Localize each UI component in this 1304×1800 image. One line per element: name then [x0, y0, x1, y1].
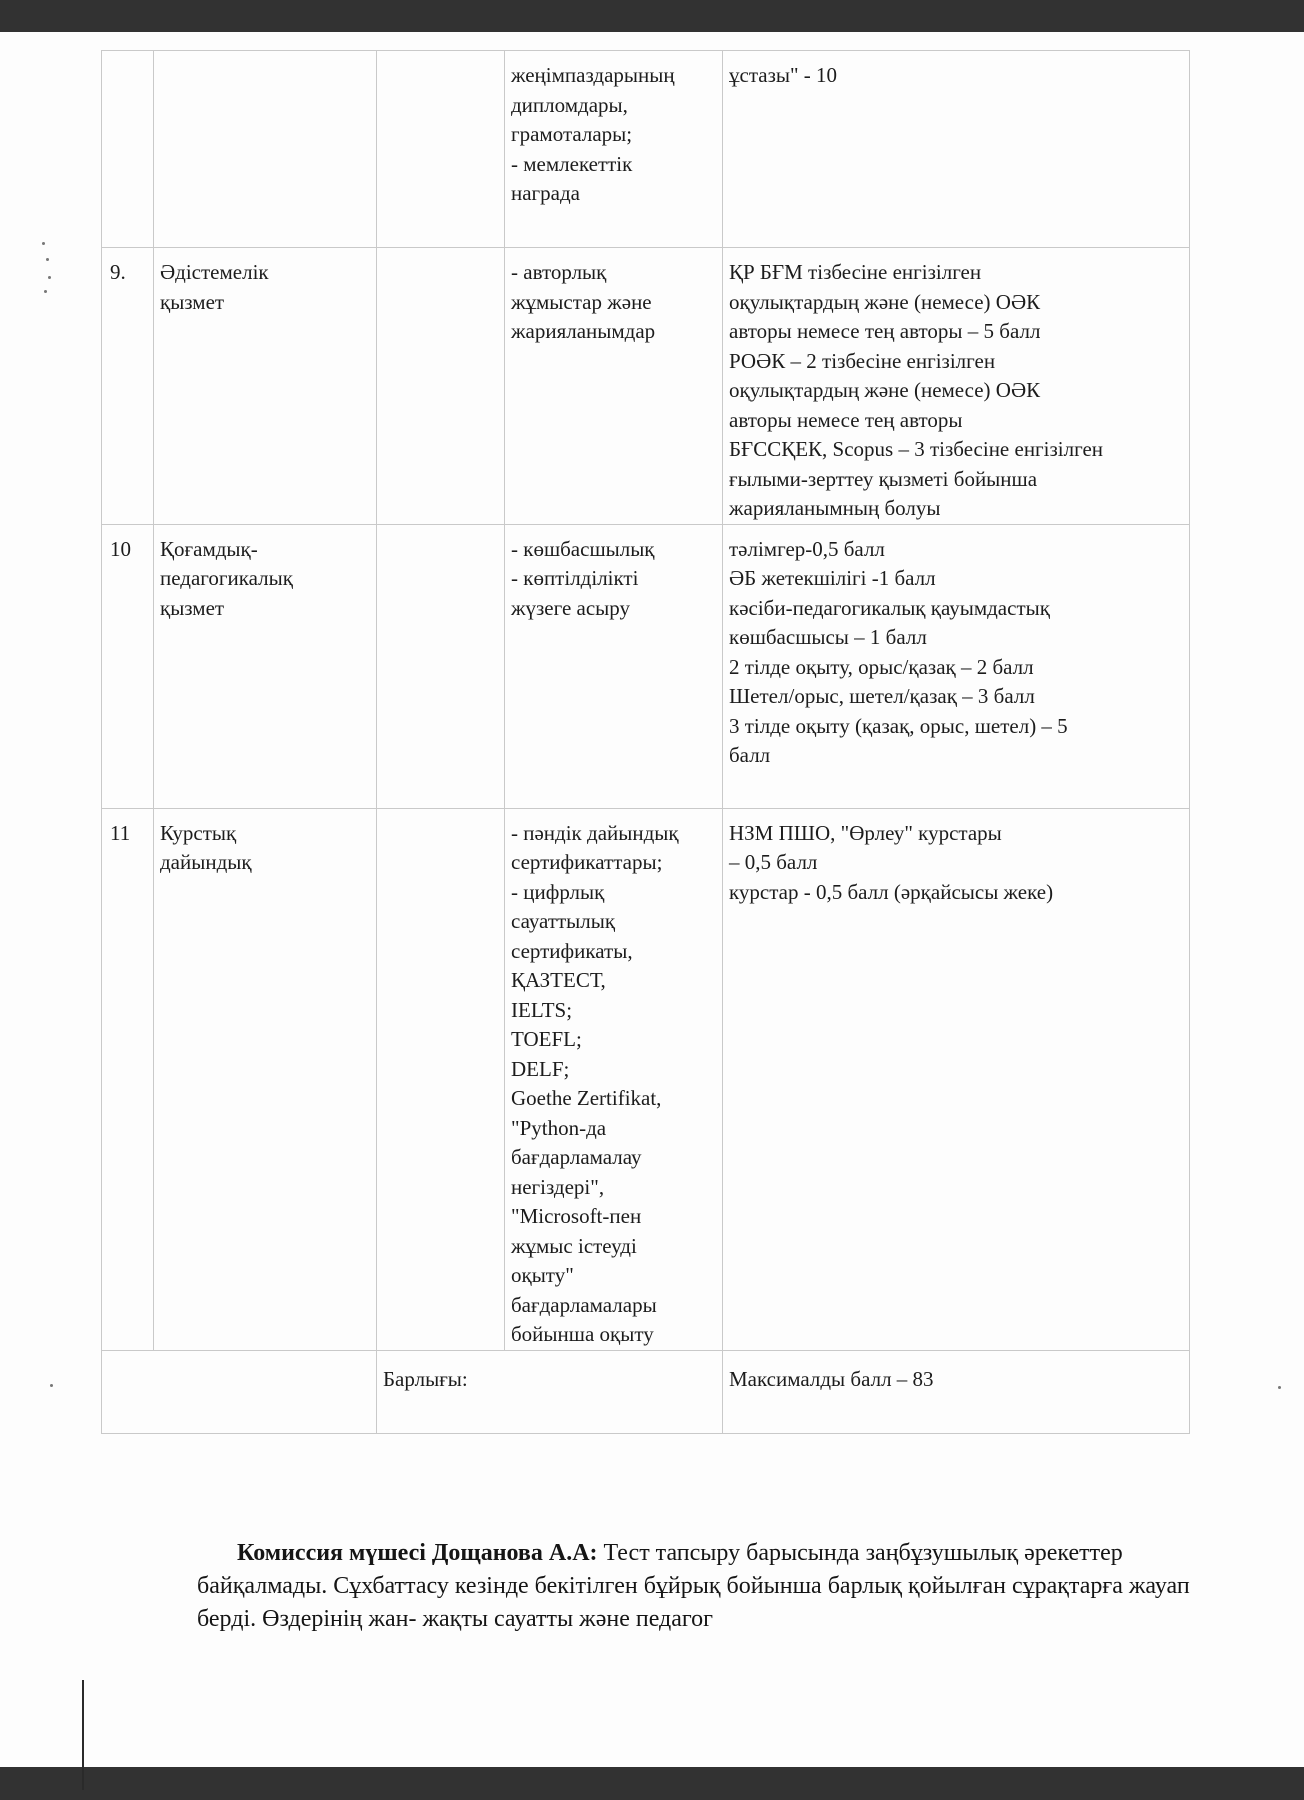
cell-line: - мемлекеттік — [511, 150, 716, 180]
cell-line: Әдістемелік — [160, 258, 370, 288]
total-row: Барлығы:Максималды балл – 83 — [102, 1350, 1190, 1433]
cell-line: ҚР БҒМ тізбесіне енгізілген — [729, 258, 1183, 288]
cell-line: дайындық — [160, 848, 370, 878]
category-cell: Курстықдайындық — [154, 808, 377, 1350]
criteria-cell: - көшбасшылық- көптілділіктіжүзеге асыру — [505, 524, 723, 808]
cell-line: - пәндік дайындық — [511, 819, 716, 849]
points-cell: тәлімгер-0,5 баллӘБ жетекшілігі -1 баллк… — [723, 524, 1190, 808]
total-value-cell: Максималды балл – 83 — [723, 1350, 1190, 1433]
cell-line: - көшбасшылық — [511, 535, 716, 565]
points-cell: ҚР БҒМ тізбесіне енгізілгеноқулықтардың … — [723, 248, 1190, 525]
cell-line: бағдарламалау — [511, 1143, 716, 1173]
scan-speck — [42, 242, 45, 245]
empty-cell — [102, 1350, 377, 1433]
points-cell: НЗМ ПШО, "Өрлеу" курстары– 0,5 баллкурст… — [723, 808, 1190, 1350]
criteria-cell: - авторлықжұмыстар жәнежарияланымдар — [505, 248, 723, 525]
cell-line: сауаттылық — [511, 907, 716, 937]
cell-line: балл — [729, 741, 1183, 771]
row-number-cell: 11 — [102, 808, 154, 1350]
scan-speck — [44, 290, 47, 293]
cell-line: сертификаты, — [511, 937, 716, 967]
cell-line: БҒССҚЕК, Scopus – 3 тізбесіне енгізілген — [729, 435, 1183, 465]
cell-line: IELTS; — [511, 996, 716, 1026]
empty-cell — [377, 248, 505, 525]
cell-line: оқулықтардың және (немесе) ОӘК — [729, 288, 1183, 318]
category-cell — [154, 51, 377, 248]
points-cell: ұстазы" - 10 — [723, 51, 1190, 248]
cell-line: - авторлық — [511, 258, 716, 288]
cell-line: "Python-да — [511, 1114, 716, 1144]
cell-line: - көптілділікті — [511, 564, 716, 594]
cell-line: педагогикалық — [160, 564, 370, 594]
cell-line: РОӘК – 2 тізбесіне енгізілген — [729, 347, 1183, 377]
scan-speck — [1278, 1386, 1281, 1389]
cell-line: дипломдары, — [511, 91, 716, 121]
empty-cell — [377, 524, 505, 808]
cell-line: қызмет — [160, 288, 370, 318]
commission-note-paragraph: Комиссия мүшесі Дощанова А.А: Тест тапсы… — [197, 1537, 1197, 1636]
scan-speck — [50, 1384, 53, 1387]
cell-line: оқыту" — [511, 1261, 716, 1291]
cell-line: ұстазы" - 10 — [729, 61, 1183, 91]
cell-line: оқулықтардың және (немесе) ОӘК — [729, 376, 1183, 406]
cell-line: - цифрлық — [511, 878, 716, 908]
cell-line: – 0,5 балл — [729, 848, 1183, 878]
cell-line: кәсіби-педагогикалық қауымдастық — [729, 594, 1183, 624]
scan-speck — [48, 276, 51, 279]
cell-line: көшбасшысы – 1 балл — [729, 623, 1183, 653]
table-row: 10Қоғамдық-педагогикалыққызмет- көшбасшы… — [102, 524, 1190, 808]
cell-line: жарияланымдар — [511, 317, 716, 347]
cell-line: сертификаттары; — [511, 848, 716, 878]
cell-line: жеңімпаздарының — [511, 61, 716, 91]
scan-edge-line — [82, 1680, 84, 1790]
total-label-cell: Барлығы: — [377, 1350, 723, 1433]
document-page: жеңімпаздарыныңдипломдары,грамоталары;- … — [0, 32, 1304, 1767]
table-row: 11Курстықдайындық- пәндік дайындықсертиф… — [102, 808, 1190, 1350]
cell-line: жүзеге асыру — [511, 594, 716, 624]
table-row: 9.Әдістемелікқызмет- авторлықжұмыстар жә… — [102, 248, 1190, 525]
criteria-cell: - пәндік дайындықсертификаттары;- цифрлы… — [505, 808, 723, 1350]
cell-line: ғылыми-зерттеу қызметі бойынша — [729, 465, 1183, 495]
cell-line: DELF; — [511, 1055, 716, 1085]
row-number-cell: 9. — [102, 248, 154, 525]
cell-line: ӘБ жетекшілігі -1 балл — [729, 564, 1183, 594]
empty-cell — [377, 51, 505, 248]
cell-line: авторы немесе тең авторы – 5 балл — [729, 317, 1183, 347]
table-row: жеңімпаздарыныңдипломдары,грамоталары;- … — [102, 51, 1190, 248]
cell-line: "Microsoft-пен — [511, 1202, 716, 1232]
cell-line: НЗМ ПШО, "Өрлеу" курстары — [729, 819, 1183, 849]
cell-line: жұмыстар және — [511, 288, 716, 318]
cell-line: бойынша оқыту — [511, 1320, 716, 1350]
criteria-cell: жеңімпаздарыныңдипломдары,грамоталары;- … — [505, 51, 723, 248]
criteria-table: жеңімпаздарыныңдипломдары,грамоталары;- … — [101, 50, 1190, 1434]
empty-cell — [377, 808, 505, 1350]
cell-line: TOEFL; — [511, 1025, 716, 1055]
cell-line: грамоталары; — [511, 120, 716, 150]
cell-line: Шетел/орыс, шетел/қазақ – 3 балл — [729, 682, 1183, 712]
cell-line: курстар - 0,5 балл (әрқайсысы жеке) — [729, 878, 1183, 908]
row-number-cell — [102, 51, 154, 248]
cell-line: 2 тілде оқыту, орыс/қазақ – 2 балл — [729, 653, 1183, 683]
cell-line: Курстық — [160, 819, 370, 849]
cell-line: авторы немесе тең авторы — [729, 406, 1183, 436]
speaker-name: Комиссия мүшесі Дощанова А.А: — [237, 1540, 598, 1566]
cell-line: 3 тілде оқыту (қазақ, орыс, шетел) – 5 — [729, 712, 1183, 742]
cell-line: тәлімгер-0,5 балл — [729, 535, 1183, 565]
cell-line: жұмыс істеуді — [511, 1232, 716, 1262]
row-number-cell: 10 — [102, 524, 154, 808]
cell-line: бағдарламалары — [511, 1291, 716, 1321]
cell-line: награда — [511, 179, 716, 209]
cell-line: Қоғамдық- — [160, 535, 370, 565]
cell-line: негіздері", — [511, 1173, 716, 1203]
cell-line: жарияланымның болуы — [729, 494, 1183, 524]
scan-speck — [46, 258, 49, 261]
category-cell: Қоғамдық-педагогикалыққызмет — [154, 524, 377, 808]
cell-line: Goethe Zertifikat, — [511, 1084, 716, 1114]
cell-line: қызмет — [160, 594, 370, 624]
category-cell: Әдістемелікқызмет — [154, 248, 377, 525]
cell-line: ҚАЗТЕСТ, — [511, 966, 716, 996]
